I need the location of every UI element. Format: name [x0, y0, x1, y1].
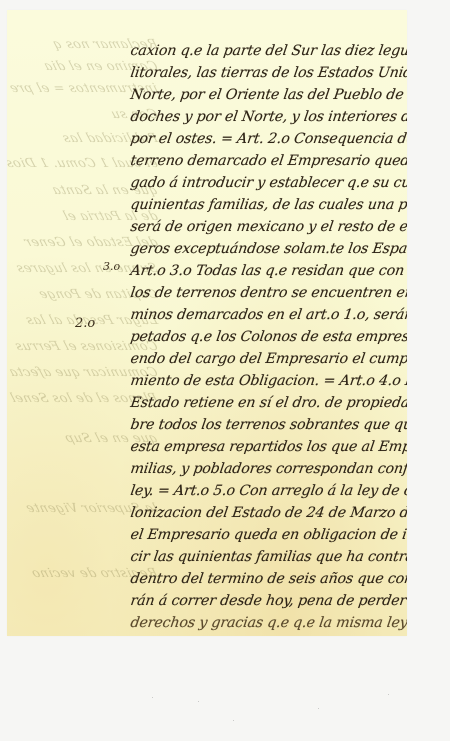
- text-line: petados q.e los Colonos de esta empresa,…: [129, 326, 407, 348]
- text-line: derechos y gracias q.e q.e la misma ley …: [129, 612, 407, 634]
- text-line: lonizacion del Estado de 24 de Marzo de …: [129, 502, 407, 524]
- scan-speck: [152, 697, 153, 698]
- text-line: terreno demarcado el Empresario queda ob…: [129, 150, 407, 172]
- text-line: doches y por el Norte, y los interiores …: [129, 106, 407, 128]
- text-line: miento de esta Obligacion. = Art.o 4.o E…: [129, 370, 407, 392]
- scan-speck: [318, 708, 319, 709]
- margin-article-mark: 3.o: [103, 260, 120, 273]
- text-line: minos demarcados en el art.o 1.o, serán …: [129, 304, 407, 326]
- text-line: esta empresa repartidos los que al Empre…: [129, 436, 407, 458]
- manuscript-page: Reclamar nos q Camino en el dia instrume…: [7, 10, 407, 636]
- text-line: gado á introducir y establecer q.e su cu…: [129, 172, 407, 194]
- text-line: Estado retiene en sí el dro. de propieda…: [129, 392, 407, 414]
- text-line: Norte, por el Oriente las del Pueblo de …: [129, 84, 407, 106]
- text-line: rán á correr desde hoy, pena de perder l…: [129, 590, 407, 612]
- scan-speck: [233, 720, 234, 721]
- text-line: caxion q.e la parte del Sur las diez leg…: [129, 40, 407, 62]
- scan-speck: [388, 694, 389, 695]
- text-line: quinientas familias, de las cuales una p…: [129, 194, 407, 216]
- text-line: Art.o 3.o Todas las q.e residan que con …: [129, 260, 407, 282]
- text-line: litorales, las tierras de los Estados Un…: [129, 62, 407, 84]
- text-line: bre todos los terrenos sobrantes que que…: [129, 414, 407, 436]
- text-line: milias, y pobladores correspondan confor…: [129, 458, 407, 480]
- text-line: el Empresario queda en obligacion de int…: [129, 524, 407, 546]
- text-line: cir las quinientas familias que ha contr…: [129, 546, 407, 568]
- scan-speck: [198, 701, 199, 702]
- margin-article-mark: 2.o: [75, 316, 95, 331]
- text-line: endo del cargo del Empresario el cumpli-: [129, 348, 407, 370]
- text-line: por el ostes. = Art. 2.o Consequencia de…: [129, 128, 407, 150]
- text-line: dentro del termino de seis años que come…: [129, 568, 407, 590]
- text-line: los de terrenos dentro se encuentren en …: [129, 282, 407, 304]
- text-line: geros exceptuándose solam.te los Español…: [129, 238, 407, 260]
- text-line: ley. = Art.o 5.o Con arreglo á la ley de…: [129, 480, 407, 502]
- scan-background: Reclamar nos q Camino en el dia instrume…: [0, 0, 450, 741]
- text-line: será de origen mexicano y el resto de es…: [129, 216, 407, 238]
